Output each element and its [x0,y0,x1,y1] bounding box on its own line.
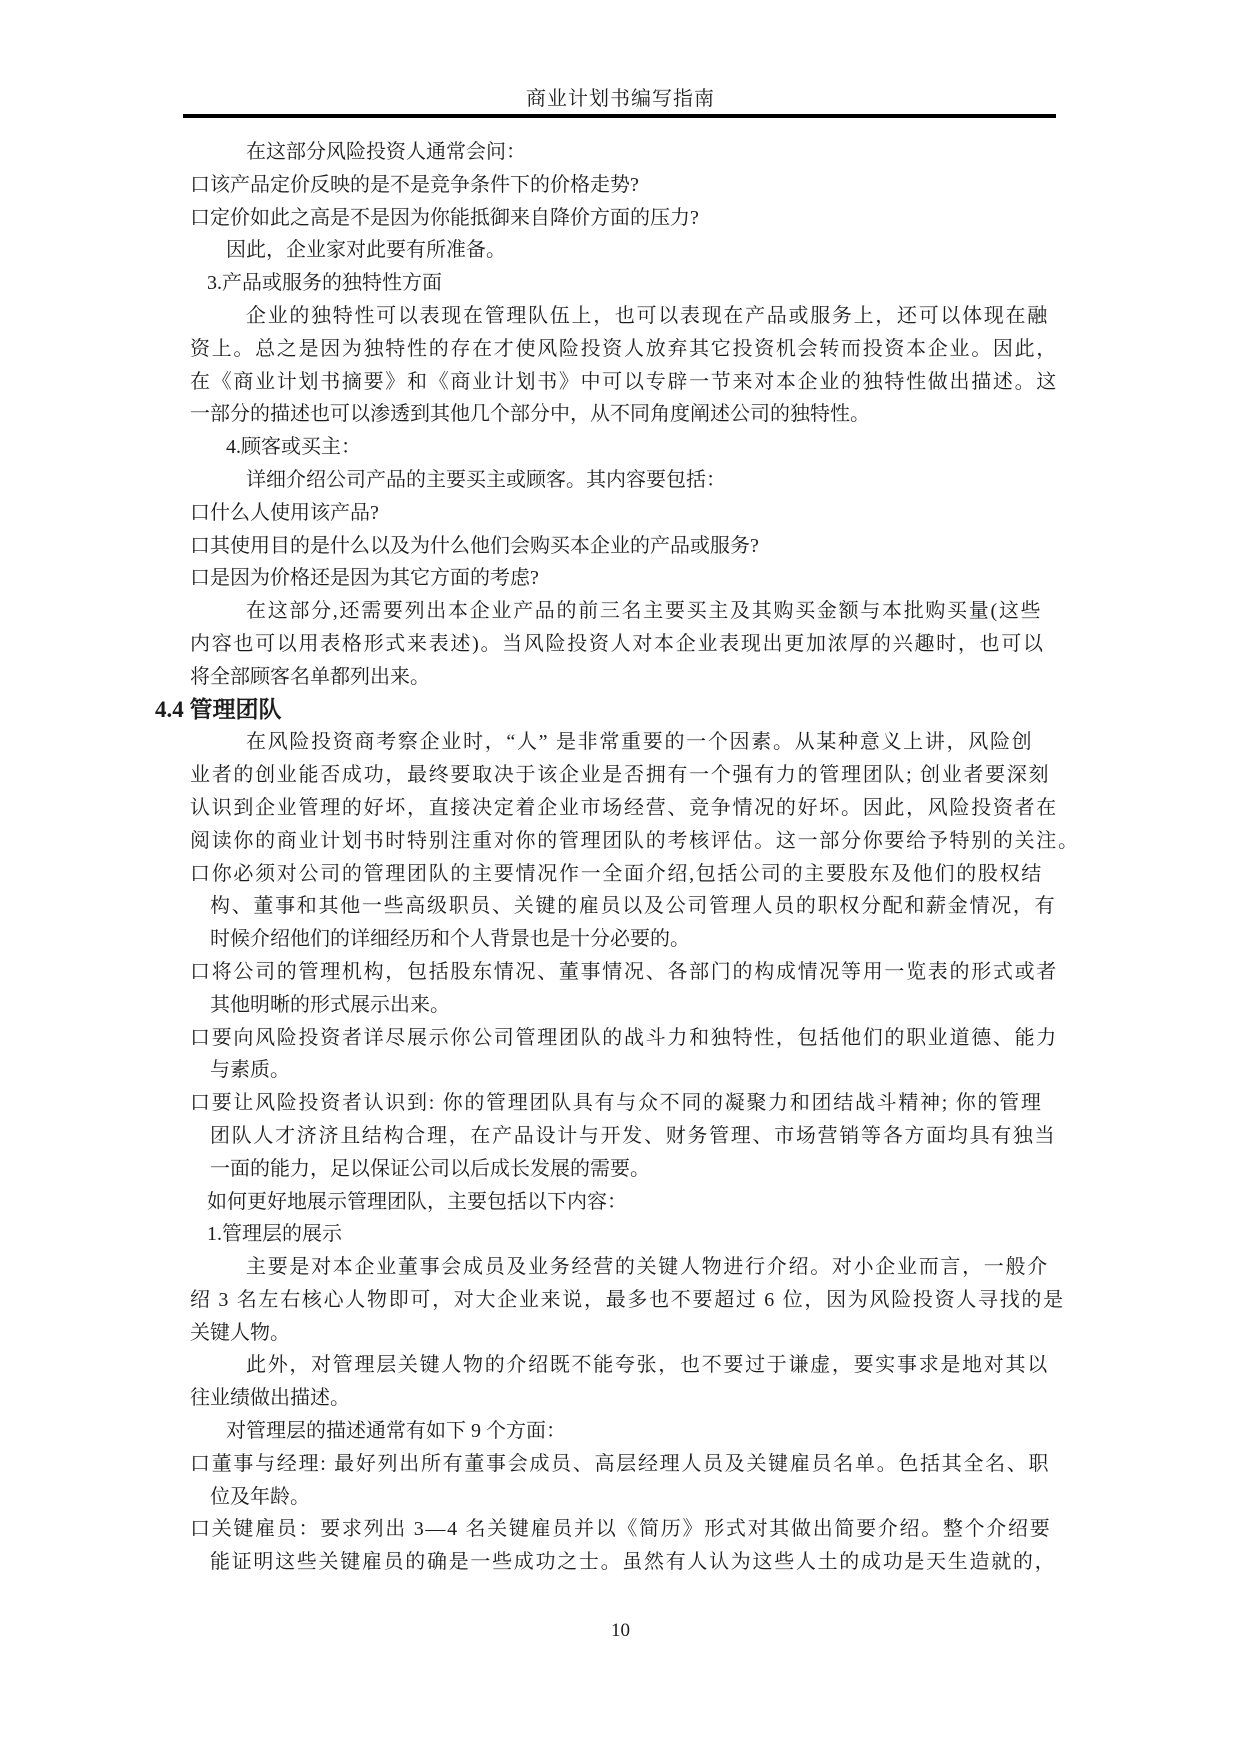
text-line: 在风险投资商考察企业时，“人” 是非常重要的一个因素。从某种意义上讲，风险创 [190,726,1070,759]
text-line: 其他明晰的形式展示出来。 [190,989,1070,1022]
text-line: 企业的独特性可以表现在管理队伍上，也可以表现在产品或服务上，还可以体现在融 [190,300,1070,333]
text-line: 将全部顾客名单都列出来。 [190,661,1070,694]
text-line: 4.顾客或买主： [190,431,1070,464]
text-line: 口将公司的管理机构，包括股东情况、董事情况、各部门的构成情况等用一览表的形式或者 [190,956,1070,989]
section-heading: 4.4 管理团队 [155,694,1070,727]
text-line: 团队人才济济且结构合理，在产品设计与开发、财务管理、市场营销等各方面均具有独当 [190,1120,1070,1153]
text-line: 口定价如此之高是不是因为你能抵御来自降价方面的压力? [190,202,1070,235]
document-body: 在这部分风险投资人通常会问：口该产品定价反映的是不是竞争条件下的价格走势?口定价… [190,136,1070,1579]
text-line: 业者的创业能否成功，最终要取决于该企业是否拥有一个强有力的管理团队; 创业者要深… [190,759,1070,792]
text-line: 认识到企业管理的好坏，直接决定着企业市场经营、竞争情况的好坏。因此，风险投资者在 [190,792,1070,825]
text-line: 如何更好地展示管理团队，主要包括以下内容： [190,1186,1070,1219]
text-line: 位及年龄。 [190,1481,1070,1514]
text-line: 能证明这些关键雇员的确是一些成功之士。虽然有人认为这些人土的成功是天生造就的， [190,1546,1070,1579]
text-line: 阅读你的商业计划书时特别注重对你的管理团队的考核评估。这一部分你要给予特别的关注… [190,825,1070,858]
text-line: 口该产品定价反映的是不是竞争条件下的价格走势? [190,169,1070,202]
document-page: 商业计划书编写指南 在这部分风险投资人通常会问：口该产品定价反映的是不是竞争条件… [0,0,1241,1754]
text-line: 1.管理层的展示 [190,1218,1070,1251]
text-line: 构、董事和其他一些高级职员、关键的雇员以及公司管理人员的职权分配和薪金情况，有 [190,890,1070,923]
text-line: 口是因为价格还是因为其它方面的考虑? [190,562,1070,595]
text-line: 往业绩做出描述。 [190,1382,1070,1415]
text-line: 一面的能力，足以保证公司以后成长发展的需要。 [190,1153,1070,1186]
text-line: 关键人物。 [190,1317,1070,1350]
text-line: 绍 3 名左右核心人物即可，对大企业来说，最多也不要超过 6 位，因为风险投资人… [190,1284,1070,1317]
text-line: 口什么人使用该产品? [190,497,1070,530]
text-line: 在这部分,还需要列出本企业产品的前三名主要买主及其购买金额与本批购买量(这些 [190,595,1070,628]
header-rule [183,114,1056,118]
text-line: 因此，企业家对此要有所准备。 [190,234,1070,267]
running-header-title: 商业计划书编写指南 [0,82,1241,111]
text-line: 口要让风险投资者认识到: 你的管理团队具有与众不同的凝聚力和团结战斗精神; 你的… [190,1087,1070,1120]
text-line: 一部分的描述也可以渗透到其他几个部分中，从不同角度阐述公司的独特性。 [190,398,1070,431]
text-line: 口关键雇员：要求列出 3—4 名关键雇员并以《简历》形式对其做出简要介绍。整个介… [190,1513,1070,1546]
text-line: 3.产品或服务的独特性方面 [190,267,1070,300]
text-line: 时候介绍他们的详细经历和个人背景也是十分必要的。 [190,923,1070,956]
text-line: 对管理层的描述通常有如下 9 个方面： [190,1415,1070,1448]
text-line: 详细介绍公司产品的主要买主或顾客。其内容要包括： [190,464,1070,497]
text-line: 内容也可以用表格形式来表述)。当风险投资人对本企业表现出更加浓厚的兴趣时，也可以 [190,628,1070,661]
text-line: 口你必须对公司的管理团队的主要情况作一全面介绍,包括公司的主要股东及他们的股权结 [190,858,1070,891]
text-line: 主要是对本企业董事会成员及业务经营的关键人物进行介绍。对小企业而言，一般介 [190,1251,1070,1284]
page-number: 10 [0,1620,1241,1642]
text-line: 口要向风险投资者详尽展示你公司管理团队的战斗力和独特性，包括他们的职业道德、能力 [190,1022,1070,1055]
text-line: 此外，对管理层关键人物的介绍既不能夸张，也不要过于谦虚，要实事求是地对其以 [190,1349,1070,1382]
text-line: 在《商业计划书摘要》和《商业计划书》中可以专辟一节来对本企业的独特性做出描述。这 [190,366,1070,399]
text-line: 资上。总之是因为独特性的存在才使风险投资人放弃其它投资机会转而投资本企业。因此， [190,333,1070,366]
text-line: 在这部分风险投资人通常会问： [190,136,1070,169]
text-line: 与素质。 [190,1054,1070,1087]
text-line: 口其使用目的是什么以及为什么他们会购买本企业的产品或服务? [190,530,1070,563]
text-line: 口董事与经理: 最好列出所有董事会成员、高层经理人员及关键雇员名单。色括其全名、… [190,1448,1070,1481]
